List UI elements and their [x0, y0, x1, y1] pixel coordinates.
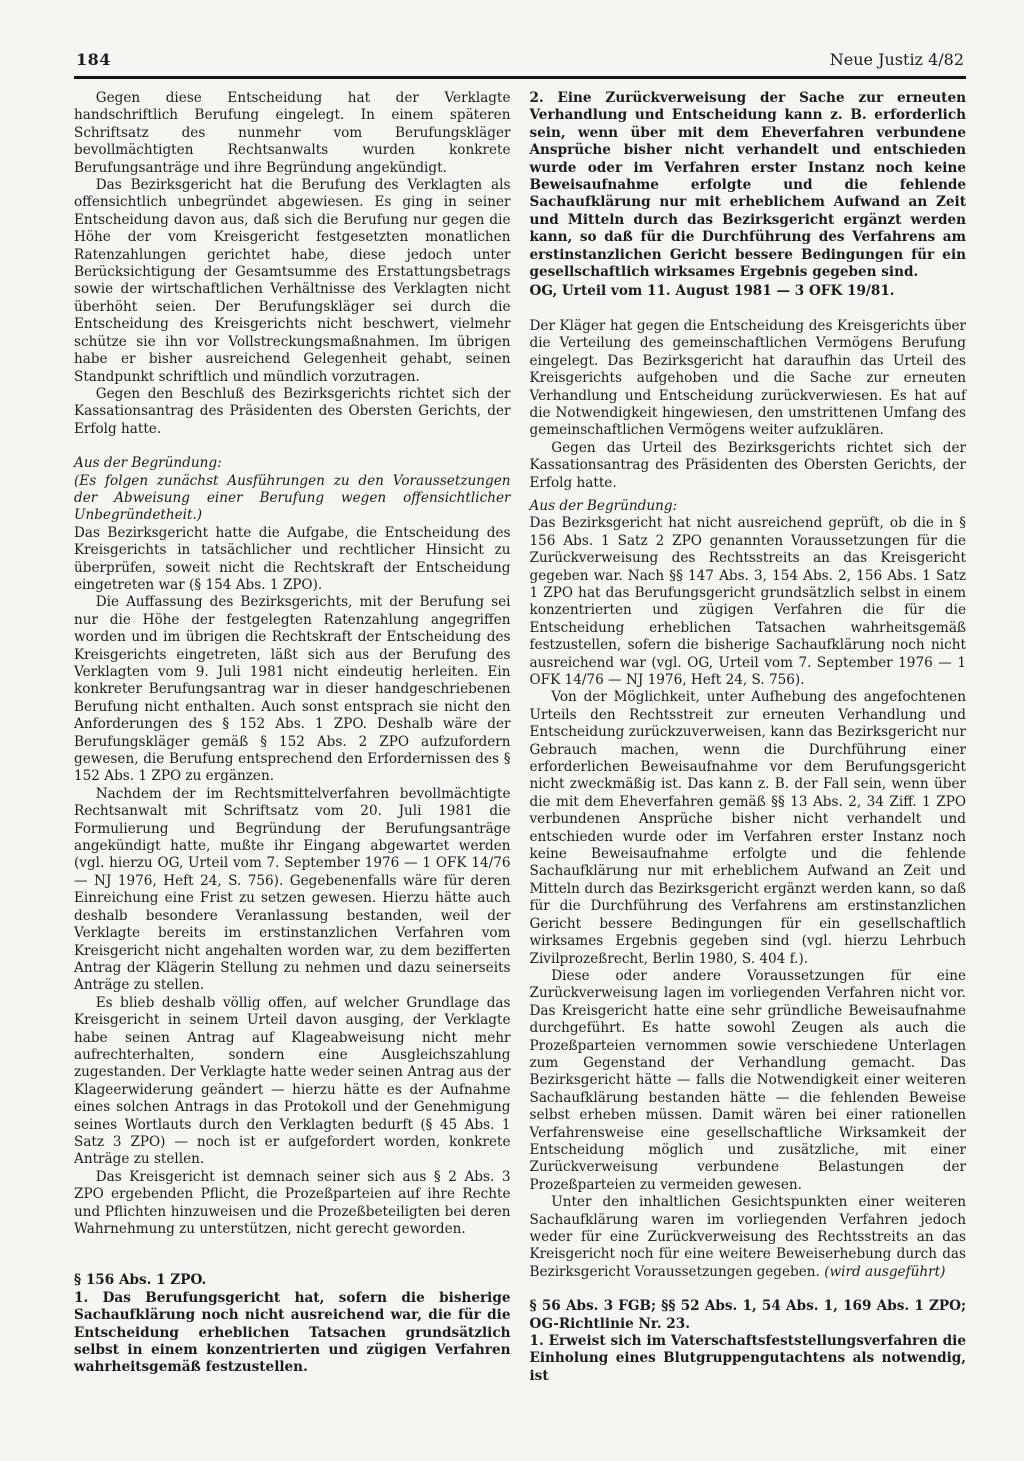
- paragraph: Gegen das Urteil des Bezirksgerichts ric…: [530, 440, 967, 492]
- editorial-note: (Es folgen zunächst Ausführungen zu den …: [74, 473, 511, 525]
- paragraph: Nachdem der im Rechtsmittelverfahren bev…: [74, 786, 511, 995]
- paragraph: Diese oder andere Voraussetzungen für ei…: [530, 968, 967, 1194]
- page-number: 184: [76, 50, 111, 70]
- header-rule: [74, 76, 966, 79]
- left-column: Gegen diese Entscheidung hat der Verklag…: [74, 90, 511, 1385]
- article-body: Gegen diese Entscheidung hat der Verklag…: [74, 90, 966, 1385]
- paragraph: Gegen diese Entscheidung hat der Verklag…: [74, 90, 511, 177]
- statute-heading: § 156 Abs. 1 ZPO.: [74, 1272, 511, 1289]
- editorial-note: (wird ausgeführt): [820, 1264, 946, 1280]
- paragraph: Das Bezirksgericht hat nicht ausreichend…: [530, 515, 967, 689]
- right-column: 2. Eine Zurückverweisung der Sache zur e…: [530, 90, 967, 1385]
- headnote: 1. Erweist sich im Vaterschaftsfeststell…: [530, 1333, 967, 1385]
- statute-heading: § 56 Abs. 3 FGB; §§ 52 Abs. 1, 54 Abs. 1…: [530, 1298, 967, 1333]
- paragraph: Gegen den Beschluß des Bezirksgerichts r…: [74, 386, 511, 438]
- paragraph: Unter den inhaltlichen Gesichtspunkten e…: [530, 1194, 967, 1281]
- paragraph: Das Bezirksgericht hat die Berufung des …: [74, 177, 511, 386]
- paragraph: Der Kläger hat gegen die Entscheidung de…: [530, 318, 967, 440]
- journal-title: Neue Justiz 4/82: [830, 50, 964, 70]
- case-citation: OG, Urteil vom 11. August 1981 — 3 OFK 1…: [530, 283, 967, 300]
- section-subheading: Aus der Begründung:: [530, 498, 967, 515]
- paragraph: Die Auffassung des Bezirksgerichts, mit …: [74, 594, 511, 785]
- journal-page: 184 Neue Justiz 4/82 Gegen diese Entsche…: [0, 0, 1024, 1461]
- paragraph: Das Kreisgericht ist demnach seiner sich…: [74, 1169, 511, 1239]
- page-header: 184 Neue Justiz 4/82: [74, 50, 966, 76]
- headnote: 1. Das Berufungsgericht hat, sofern die …: [74, 1290, 511, 1377]
- paragraph: Es blieb deshalb völlig offen, auf welch…: [74, 995, 511, 1169]
- paragraph: Von der Möglichkeit, unter Aufhebung des…: [530, 689, 967, 968]
- headnote: 2. Eine Zurückverweisung der Sache zur e…: [530, 90, 967, 281]
- paragraph: Das Bezirksgericht hatte die Aufgabe, di…: [74, 525, 511, 595]
- section-subheading: Aus der Begründung:: [74, 455, 511, 472]
